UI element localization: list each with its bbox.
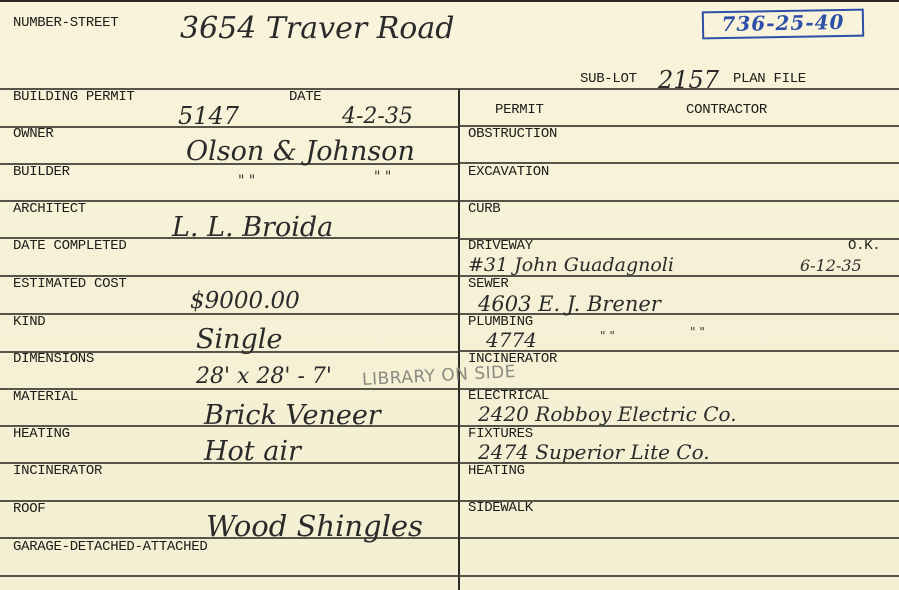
driveway-date: 6-12-35: [800, 258, 862, 274]
heating-label: HEATING: [13, 427, 70, 441]
plan-file-label: PLAN FILE: [733, 72, 806, 86]
kind-value: Single: [196, 326, 282, 353]
rule: [459, 575, 899, 577]
heating-value: Hot air: [204, 438, 301, 465]
builder-value: " ": [238, 174, 255, 188]
building-permit-value: 5147: [178, 104, 239, 128]
index-stamp: 736-25-40: [702, 9, 864, 40]
electrical-label: ELECTRICAL: [468, 389, 549, 403]
material-value: Brick Veneer: [204, 402, 381, 429]
garage-label: GARAGE-DETACHED-ATTACHED: [13, 540, 207, 554]
driveway-ok-label: O.K.: [848, 239, 880, 253]
estimated-cost-value: $9000.00: [190, 290, 300, 313]
excavation-label: EXCAVATION: [468, 165, 549, 179]
architect-value: L. L. Broida: [172, 214, 333, 241]
fixtures-label: FIXTURES: [468, 427, 533, 441]
sidewalk-label: SIDEWALK: [468, 501, 533, 515]
owner-value: Olson & Johnson: [186, 138, 415, 165]
builder-value-ditto: " ": [374, 170, 391, 184]
dimensions-label: DIMENSIONS: [13, 352, 94, 366]
driveway-value: #31 John Guadagnoli: [468, 256, 674, 275]
date-label: DATE: [289, 90, 321, 104]
dimensions-value: 28' x 28' - 7': [196, 366, 332, 388]
card-top-edge: [0, 0, 899, 2]
sewer-value: 4603 E. J. Brener: [478, 294, 661, 315]
incinerator-label: INCINERATOR: [13, 464, 102, 478]
heating-permit-label: HEATING: [468, 464, 525, 478]
sub-lot-label: SUB-LOT: [580, 72, 637, 86]
rule: [0, 88, 899, 90]
incinerator-permit-label: INCINERATOR: [468, 352, 557, 366]
plumbing-ditto-2: " ": [690, 326, 705, 338]
material-label: MATERIAL: [13, 390, 78, 404]
fixtures-value: 2474 Superior Lite Co.: [478, 442, 710, 462]
roof-value: Wood Shingles: [206, 512, 423, 541]
rule: [459, 200, 899, 202]
roof-label: ROOF: [13, 502, 45, 516]
owner-label: OWNER: [13, 127, 54, 141]
permit-header: PERMIT: [495, 103, 544, 117]
plumbing-value: 4774: [486, 330, 537, 350]
date-value: 4-2-35: [342, 106, 413, 128]
kind-label: KIND: [13, 315, 45, 329]
rule: [459, 537, 899, 539]
architect-label: ARCHITECT: [13, 202, 86, 216]
electrical-value: 2420 Robboy Electric Co.: [478, 404, 737, 424]
rule: [0, 575, 459, 577]
date-completed-label: DATE COMPLETED: [13, 239, 126, 253]
curb-label: CURB: [468, 202, 500, 216]
rule: [0, 500, 459, 502]
driveway-label: DRIVEWAY: [468, 239, 533, 253]
plumbing-label: PLUMBING: [468, 315, 533, 329]
contractor-header: CONTRACTOR: [686, 103, 767, 117]
obstruction-label: OBSTRUCTION: [468, 127, 557, 141]
plumbing-ditto: " ": [600, 330, 615, 342]
sewer-label: SEWER: [468, 277, 509, 291]
builder-label: BUILDER: [13, 165, 70, 179]
building-permit-label: BUILDING PERMIT: [13, 90, 135, 104]
permit-card: NUMBER-STREET 3654 Traver Road 736-25-40…: [0, 0, 899, 590]
number-street-value: 3654 Traver Road: [180, 14, 454, 44]
estimated-cost-label: ESTIMATED COST: [13, 277, 126, 291]
number-street-label: NUMBER-STREET: [13, 16, 118, 30]
